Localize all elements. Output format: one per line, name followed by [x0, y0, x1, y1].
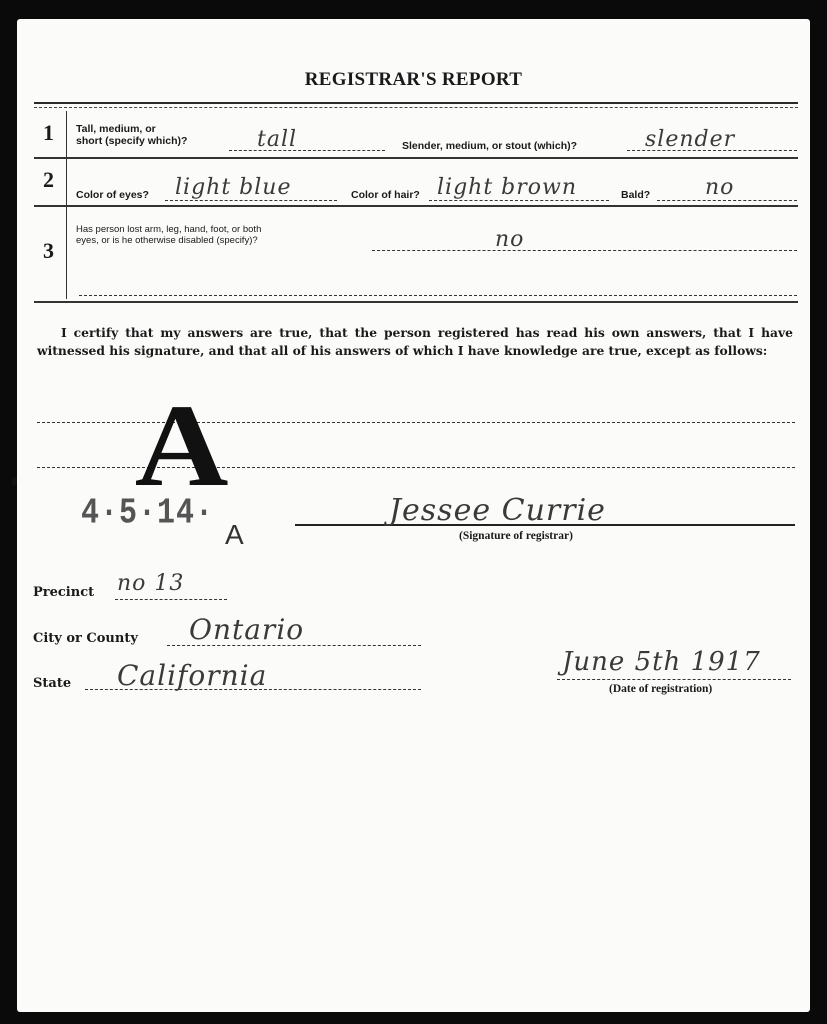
- q3-disability-line: [372, 250, 797, 251]
- row-rule: [34, 205, 798, 207]
- q2-bald-line: [657, 200, 797, 201]
- certification-text: I certify that my answers are true, that…: [37, 324, 793, 360]
- q2-hair-answer[interactable]: light brown: [437, 175, 577, 200]
- page-title: REGISTRAR'S REPORT: [17, 69, 810, 91]
- q2-eyes-line: [165, 200, 337, 201]
- date-value[interactable]: June 5th 1917: [562, 647, 761, 677]
- q2-hair-label: Color of hair?: [351, 189, 420, 201]
- class-stamp-letter: A: [135, 387, 229, 505]
- serial-stamp-suffix: A: [225, 519, 244, 551]
- q1-height-line: [229, 150, 385, 151]
- precinct-value[interactable]: no 13: [117, 571, 184, 596]
- q1-build-answer[interactable]: slender: [645, 127, 735, 152]
- row-divider: [66, 159, 67, 205]
- question-number-3: 3: [43, 238, 54, 264]
- serial-stamp-number: 4·5·14·: [81, 494, 214, 535]
- registration-card: REGISTRAR'S REPORT 1 Tall, medium, or sh…: [17, 19, 810, 1012]
- row-rule: [34, 157, 798, 159]
- state-label: State: [33, 676, 71, 691]
- q2-hair-line: [429, 200, 609, 201]
- state-value[interactable]: California: [117, 659, 267, 692]
- question-number-2: 2: [43, 167, 54, 193]
- q3-disability-answer[interactable]: no: [495, 227, 524, 252]
- row-divider: [66, 207, 67, 299]
- q3-extra-line: [79, 295, 797, 296]
- q1-height-label: Tall, medium, or short (specify which)?: [76, 123, 187, 147]
- city-value[interactable]: Ontario: [189, 613, 304, 646]
- signature-caption: (Signature of registrar): [459, 530, 573, 542]
- precinct-line: [115, 599, 227, 600]
- city-label: City or County: [33, 631, 138, 646]
- row-divider: [66, 111, 67, 157]
- date-line: [557, 679, 791, 680]
- q3-disability-label: Has person lost arm, leg, hand, foot, or…: [76, 224, 261, 246]
- question-number-1: 1: [43, 120, 54, 146]
- header-rule: [34, 102, 798, 108]
- registrar-signature[interactable]: Jessee Currie: [389, 493, 606, 528]
- q2-bald-label: Bald?: [621, 189, 650, 201]
- q1-build-label: Slender, medium, or stout (which)?: [402, 140, 577, 152]
- date-caption: (Date of registration): [609, 683, 712, 695]
- q1-height-answer[interactable]: tall: [257, 127, 297, 152]
- q2-eyes-answer[interactable]: light blue: [175, 175, 291, 200]
- row-rule: [34, 301, 798, 303]
- q2-eyes-label: Color of eyes?: [76, 189, 149, 201]
- q2-bald-answer[interactable]: no: [705, 175, 734, 200]
- precinct-label: Precinct: [33, 585, 94, 600]
